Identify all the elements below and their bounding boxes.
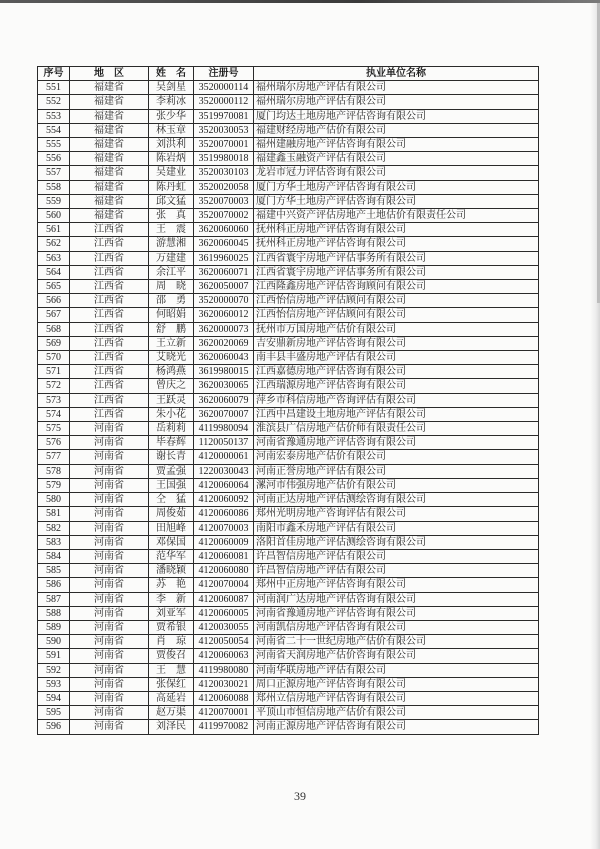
cell-name: 王国强 <box>149 478 194 492</box>
cell-reg-no: 3620060045 <box>194 237 254 251</box>
table-row: 553福建省张少华3519970081厦门均达土地房地产评估咨询有限公司 <box>38 109 539 123</box>
cell-reg-no: 4119970082 <box>194 720 254 734</box>
cell-no: 586 <box>38 578 70 592</box>
cell-reg-no: 3620060079 <box>194 393 254 407</box>
cell-region: 河南省 <box>70 464 149 478</box>
cell-region: 河南省 <box>70 620 149 634</box>
cell-name: 游慧湘 <box>149 237 194 251</box>
cell-no: 557 <box>38 166 70 180</box>
header-name: 姓 名 <box>149 67 194 81</box>
cell-org: 抚州市万国房地产估价有限公司 <box>254 322 539 336</box>
cell-region: 福建省 <box>70 95 149 109</box>
cell-org: 江西省寰宇房地产评估事务所有限公司 <box>254 265 539 279</box>
cell-region: 江西省 <box>70 393 149 407</box>
cell-region: 河南省 <box>70 564 149 578</box>
cell-no: 553 <box>38 109 70 123</box>
cell-no: 574 <box>38 407 70 421</box>
table-row: 589河南省贾希银4120030055河南凯信房地产评估咨询有限公司 <box>38 620 539 634</box>
table-row: 586河南省苏 艳4120070004郑州中正房地产评估咨询有限公司 <box>38 578 539 592</box>
table-row: 581河南省周俊茹4120060086郑州光明房地产咨询评估有限公司 <box>38 507 539 521</box>
cell-reg-no: 4120070001 <box>194 706 254 720</box>
cell-org: 河南省二十一世纪房地产估价有限公司 <box>254 635 539 649</box>
cell-name: 刘亚军 <box>149 606 194 620</box>
table-row: 590河南省肖 琼4120050054河南省二十一世纪房地产估价有限公司 <box>38 635 539 649</box>
cell-region: 河南省 <box>70 635 149 649</box>
table-row: 575河南省岳莉莉4119980094淮滨县广信房地产估价师有限责任公司 <box>38 422 539 436</box>
cell-reg-no: 4120060080 <box>194 564 254 578</box>
cell-reg-no: 3620060060 <box>194 223 254 237</box>
table-row: 569江西省王立新3620020069吉安鼎新房地产评估咨询有限公司 <box>38 336 539 350</box>
cell-org: 河南宏泰房地产估价有限公司 <box>254 450 539 464</box>
cell-org: 郑州中正房地产评估咨询有限公司 <box>254 578 539 592</box>
cell-reg-no: 4120060064 <box>194 478 254 492</box>
cell-region: 河南省 <box>70 663 149 677</box>
cell-org: 福建中兴资产评估房地产土地估价有限责任公司 <box>254 209 539 223</box>
table-row: 572江西省曾庆之3620030065江西瑞源房地产评估咨询有限公司 <box>38 379 539 393</box>
cell-region: 福建省 <box>70 109 149 123</box>
cell-reg-no: 4120060092 <box>194 493 254 507</box>
cell-no: 578 <box>38 464 70 478</box>
table-row: 570江西省艾晓光3620060043南丰县丰盛房地产评估有限公司 <box>38 351 539 365</box>
cell-reg-no: 1220030043 <box>194 464 254 478</box>
cell-region: 江西省 <box>70 251 149 265</box>
cell-no: 583 <box>38 535 70 549</box>
cell-reg-no: 3619980015 <box>194 365 254 379</box>
cell-org: 萍乡市科信房地产咨询评估有限公司 <box>254 393 539 407</box>
cell-name: 范华军 <box>149 549 194 563</box>
cell-name: 何昭娟 <box>149 308 194 322</box>
cell-region: 江西省 <box>70 308 149 322</box>
cell-no: 584 <box>38 549 70 563</box>
cell-reg-no: 4120030055 <box>194 620 254 634</box>
cell-org: 江西中昌建设土地房地产评估有限公司 <box>254 407 539 421</box>
cell-name: 邵 勇 <box>149 294 194 308</box>
table-row: 556福建省陈岩炳3519980018福建鑫玉融资产评估有限公司 <box>38 152 539 166</box>
cell-no: 569 <box>38 336 70 350</box>
cell-reg-no: 3620030065 <box>194 379 254 393</box>
cell-name: 万建建 <box>149 251 194 265</box>
cell-no: 563 <box>38 251 70 265</box>
cell-no: 560 <box>38 209 70 223</box>
cell-name: 陈岩炳 <box>149 152 194 166</box>
registry-table: 序号 地 区 姓 名 注册号 执业单位名称 551福建省吴剑星352000011… <box>37 66 539 735</box>
cell-reg-no: 4120070003 <box>194 521 254 535</box>
cell-org: 江西瑞源房地产评估咨询有限公司 <box>254 379 539 393</box>
cell-name: 张少华 <box>149 109 194 123</box>
cell-no: 592 <box>38 663 70 677</box>
cell-name: 邱文猛 <box>149 194 194 208</box>
cell-reg-no: 3620020069 <box>194 336 254 350</box>
table-body: 551福建省吴剑星3520000114福州瑞尔房地产评估有限公司552福建省李莉… <box>38 81 539 734</box>
cell-reg-no: 4120060063 <box>194 649 254 663</box>
cell-org: 河南凯信房地产评估咨询有限公司 <box>254 620 539 634</box>
cell-no: 564 <box>38 265 70 279</box>
cell-reg-no: 3620060043 <box>194 351 254 365</box>
cell-region: 江西省 <box>70 294 149 308</box>
table-row: 593河南省张保红4120030021周口正源房地产评估咨询有限公司 <box>38 677 539 691</box>
cell-no: 559 <box>38 194 70 208</box>
cell-org: 龙岩市冠力评估咨询有限公司 <box>254 166 539 180</box>
cell-name: 潘晓颖 <box>149 564 194 578</box>
cell-org: 周口正源房地产评估咨询有限公司 <box>254 677 539 691</box>
cell-no: 596 <box>38 720 70 734</box>
cell-name: 毕春辉 <box>149 436 194 450</box>
cell-region: 河南省 <box>70 606 149 620</box>
table-row: 580河南省仝 猛4120060092河南正达房地产评估测绘咨询有限公司 <box>38 493 539 507</box>
table-row: 582河南省田旭峰4120070003南阳市鑫禾房地产评估有限公司 <box>38 521 539 535</box>
cell-region: 江西省 <box>70 336 149 350</box>
table-header-row: 序号 地 区 姓 名 注册号 执业单位名称 <box>38 67 539 81</box>
cell-org: 河南省豫通房地产评估咨询有限公司 <box>254 606 539 620</box>
cell-region: 福建省 <box>70 166 149 180</box>
table-row: 587河南省李 新4120060087河南润广达房地产评估咨询有限公司 <box>38 592 539 606</box>
cell-no: 577 <box>38 450 70 464</box>
table-row: 573江西省王跃灵3620060079萍乡市科信房地产咨询评估有限公司 <box>38 393 539 407</box>
table-row: 583河南省邓保国4120060009洛阳首佳房地产评估测绘咨询有限公司 <box>38 535 539 549</box>
cell-region: 江西省 <box>70 265 149 279</box>
cell-name: 吴剑星 <box>149 81 194 95</box>
cell-name: 岳莉莉 <box>149 422 194 436</box>
header-no: 序号 <box>38 67 70 81</box>
table-row: 574江西省朱小花3620070007江西中昌建设土地房地产评估有限公司 <box>38 407 539 421</box>
table-row: 591河南省贾俊召4120060063河南省天润房地产估价咨询有限公司 <box>38 649 539 663</box>
cell-region: 江西省 <box>70 351 149 365</box>
table-row: 557福建省吴建业3520030103龙岩市冠力评估咨询有限公司 <box>38 166 539 180</box>
cell-org: 厦门方华土地房产评估咨询有限公司 <box>254 180 539 194</box>
cell-org: 许昌智信房地产评估有限公司 <box>254 564 539 578</box>
cell-region: 河南省 <box>70 507 149 521</box>
cell-reg-no: 3520000112 <box>194 95 254 109</box>
table-row: 558福建省陈丹虹3520020058厦门方华土地房产评估咨询有限公司 <box>38 180 539 194</box>
cell-name: 李 新 <box>149 592 194 606</box>
cell-reg-no: 3620060071 <box>194 265 254 279</box>
cell-no: 575 <box>38 422 70 436</box>
cell-reg-no: 1120050137 <box>194 436 254 450</box>
cell-name: 曾庆之 <box>149 379 194 393</box>
cell-no: 555 <box>38 138 70 152</box>
cell-name: 王 慧 <box>149 663 194 677</box>
cell-no: 595 <box>38 706 70 720</box>
cell-reg-no: 4120060009 <box>194 535 254 549</box>
cell-org: 厦门方华土地房产评估咨询有限公司 <box>254 194 539 208</box>
cell-region: 河南省 <box>70 649 149 663</box>
cell-name: 肖 琼 <box>149 635 194 649</box>
cell-region: 河南省 <box>70 422 149 436</box>
cell-reg-no: 4120060005 <box>194 606 254 620</box>
cell-region: 河南省 <box>70 578 149 592</box>
cell-region: 江西省 <box>70 379 149 393</box>
cell-name: 艾晓光 <box>149 351 194 365</box>
cell-name: 贾希银 <box>149 620 194 634</box>
table-row: 592河南省王 慧4119980080河南华联房地产评估有限公司 <box>38 663 539 677</box>
cell-reg-no: 4120060087 <box>194 592 254 606</box>
cell-name: 周 晓 <box>149 280 194 294</box>
cell-name: 赵万渠 <box>149 706 194 720</box>
cell-no: 551 <box>38 81 70 95</box>
cell-region: 福建省 <box>70 194 149 208</box>
cell-name: 朱小花 <box>149 407 194 421</box>
cell-org: 抚州科正房地产评估咨询有限公司 <box>254 237 539 251</box>
cell-reg-no: 3519980018 <box>194 152 254 166</box>
table-row: 579河南省王国强4120060064漯河市伟强房地产估价有限公司 <box>38 478 539 492</box>
cell-region: 河南省 <box>70 521 149 535</box>
cell-name: 刘洪利 <box>149 138 194 152</box>
cell-name: 张保红 <box>149 677 194 691</box>
cell-org: 吉安鼎新房地产评估咨询有限公司 <box>254 336 539 350</box>
cell-no: 580 <box>38 493 70 507</box>
cell-name: 张 真 <box>149 209 194 223</box>
cell-region: 河南省 <box>70 592 149 606</box>
cell-org: 福州建融房地产评估咨询有限公司 <box>254 138 539 152</box>
table-row: 571江西省杨鸿燕3619980015江西嘉德房地产评估咨询有限公司 <box>38 365 539 379</box>
cell-no: 552 <box>38 95 70 109</box>
cell-reg-no: 4119980094 <box>194 422 254 436</box>
cell-no: 567 <box>38 308 70 322</box>
table-row: 562江西省游慧湘3620060045抚州科正房地产评估咨询有限公司 <box>38 237 539 251</box>
cell-no: 591 <box>38 649 70 663</box>
cell-reg-no: 4120060086 <box>194 507 254 521</box>
cell-no: 554 <box>38 123 70 137</box>
cell-region: 江西省 <box>70 223 149 237</box>
cell-reg-no: 3620070007 <box>194 407 254 421</box>
cell-name: 谢长青 <box>149 450 194 464</box>
table-row: 561江西省王 震3620060060抚州科正房地产评估咨询有限公司 <box>38 223 539 237</box>
cell-name: 吴建业 <box>149 166 194 180</box>
cell-no: 588 <box>38 606 70 620</box>
table-row: 595河南省赵万渠4120070001平顶山市恒信房地产估价有限公司 <box>38 706 539 720</box>
cell-region: 福建省 <box>70 81 149 95</box>
cell-no: 573 <box>38 393 70 407</box>
cell-no: 587 <box>38 592 70 606</box>
cell-no: 589 <box>38 620 70 634</box>
table-row: 563江西省万建建3619960025江西省寰宇房地产评估事务所有限公司 <box>38 251 539 265</box>
cell-name: 杨鸿燕 <box>149 365 194 379</box>
cell-region: 河南省 <box>70 549 149 563</box>
cell-reg-no: 3620060012 <box>194 308 254 322</box>
table-row: 555福建省刘洪利3520070001福州建融房地产评估咨询有限公司 <box>38 138 539 152</box>
cell-name: 高延岩 <box>149 691 194 705</box>
header-region: 地 区 <box>70 67 149 81</box>
cell-region: 江西省 <box>70 237 149 251</box>
table-row: 565江西省周 晓3620050007江西隆鑫房地产评估咨询顾问有限公司 <box>38 280 539 294</box>
cell-reg-no: 3620050007 <box>194 280 254 294</box>
cell-org: 江西嘉德房地产评估咨询有限公司 <box>254 365 539 379</box>
cell-region: 福建省 <box>70 138 149 152</box>
cell-region: 河南省 <box>70 436 149 450</box>
table-row: 578河南省贾孟强1220030043河南正誉房地产评估有限公司 <box>38 464 539 478</box>
table-row: 576河南省毕春辉1120050137河南省豫通房地产评估咨询有限公司 <box>38 436 539 450</box>
table-row: 588河南省刘亚军4120060005河南省豫通房地产评估咨询有限公司 <box>38 606 539 620</box>
cell-org: 洛阳首佳房地产评估测绘咨询有限公司 <box>254 535 539 549</box>
table-row: 564江西省余江平3620060071江西省寰宇房地产评估事务所有限公司 <box>38 265 539 279</box>
cell-reg-no: 4120060081 <box>194 549 254 563</box>
table-row: 566江西省邵 勇3520000070江西怡信房地产评估顾问有限公司 <box>38 294 539 308</box>
cell-name: 刘泽民 <box>149 720 194 734</box>
header-org: 执业单位名称 <box>254 67 539 81</box>
cell-reg-no: 3620000073 <box>194 322 254 336</box>
cell-name: 王 震 <box>149 223 194 237</box>
cell-org: 河南省豫通房地产评估咨询有限公司 <box>254 436 539 450</box>
cell-org: 河南省天润房地产估价咨询有限公司 <box>254 649 539 663</box>
cell-no: 576 <box>38 436 70 450</box>
cell-org: 江西怡信房地产评估顾问有限公司 <box>254 294 539 308</box>
cell-no: 558 <box>38 180 70 194</box>
table-row: 577河南省谢长青4120000061河南宏泰房地产估价有限公司 <box>38 450 539 464</box>
cell-region: 河南省 <box>70 493 149 507</box>
cell-reg-no: 4120060088 <box>194 691 254 705</box>
cell-region: 河南省 <box>70 691 149 705</box>
cell-reg-no: 3520070003 <box>194 194 254 208</box>
cell-name: 仝 猛 <box>149 493 194 507</box>
cell-no: 594 <box>38 691 70 705</box>
cell-region: 江西省 <box>70 280 149 294</box>
cell-org: 江西怡信房地产评估顾问有限公司 <box>254 308 539 322</box>
cell-org: 郑州立信房地产评估咨询有限公司 <box>254 691 539 705</box>
cell-no: 593 <box>38 677 70 691</box>
cell-reg-no: 3519970081 <box>194 109 254 123</box>
cell-reg-no: 4120030021 <box>194 677 254 691</box>
table-row: 559福建省邱文猛3520070003厦门方华土地房产评估咨询有限公司 <box>38 194 539 208</box>
cell-region: 河南省 <box>70 450 149 464</box>
cell-name: 陈丹虹 <box>149 180 194 194</box>
cell-org: 河南润广达房地产评估咨询有限公司 <box>254 592 539 606</box>
table-row: 552福建省李莉冰3520000112福州瑞尔房地产评估有限公司 <box>38 95 539 109</box>
cell-region: 福建省 <box>70 180 149 194</box>
cell-name: 林玉章 <box>149 123 194 137</box>
cell-name: 王立新 <box>149 336 194 350</box>
cell-org: 郑州光明房地产咨询评估有限公司 <box>254 507 539 521</box>
cell-name: 邓保国 <box>149 535 194 549</box>
table-row: 594河南省高延岩4120060088郑州立信房地产评估咨询有限公司 <box>38 691 539 705</box>
cell-reg-no: 3520000070 <box>194 294 254 308</box>
cell-org: 福州瑞尔房地产评估有限公司 <box>254 81 539 95</box>
cell-region: 福建省 <box>70 152 149 166</box>
cell-no: 590 <box>38 635 70 649</box>
table-row: 551福建省吴剑星3520000114福州瑞尔房地产评估有限公司 <box>38 81 539 95</box>
cell-reg-no: 4120050054 <box>194 635 254 649</box>
cell-name: 舒 鹏 <box>149 322 194 336</box>
cell-region: 江西省 <box>70 407 149 421</box>
cell-no: 561 <box>38 223 70 237</box>
cell-name: 苏 艳 <box>149 578 194 592</box>
cell-region: 河南省 <box>70 677 149 691</box>
cell-reg-no: 4119980080 <box>194 663 254 677</box>
cell-org: 河南正源房地产评估咨询有限公司 <box>254 720 539 734</box>
cell-no: 568 <box>38 322 70 336</box>
cell-org: 江西隆鑫房地产评估咨询顾问有限公司 <box>254 280 539 294</box>
table-row: 568江西省舒 鹏3620000073抚州市万国房地产估价有限公司 <box>38 322 539 336</box>
cell-reg-no: 3619960025 <box>194 251 254 265</box>
cell-org: 江西省寰宇房地产评估事务所有限公司 <box>254 251 539 265</box>
cell-no: 565 <box>38 280 70 294</box>
cell-org: 河南正誉房地产评估有限公司 <box>254 464 539 478</box>
cell-org: 平顶山市恒信房地产估价有限公司 <box>254 706 539 720</box>
cell-region: 河南省 <box>70 720 149 734</box>
cell-org: 河南正达房地产评估测绘咨询有限公司 <box>254 493 539 507</box>
cell-no: 572 <box>38 379 70 393</box>
cell-reg-no: 3520000114 <box>194 81 254 95</box>
table-row: 585河南省潘晓颖4120060080许昌智信房地产评估有限公司 <box>38 564 539 578</box>
cell-no: 581 <box>38 507 70 521</box>
scan-top-edge <box>0 0 600 3</box>
cell-no: 571 <box>38 365 70 379</box>
cell-name: 周俊茹 <box>149 507 194 521</box>
cell-name: 贾俊召 <box>149 649 194 663</box>
cell-no: 582 <box>38 521 70 535</box>
cell-name: 王跃灵 <box>149 393 194 407</box>
cell-org: 抚州科正房地产评估咨询有限公司 <box>254 223 539 237</box>
cell-no: 562 <box>38 237 70 251</box>
cell-no: 570 <box>38 351 70 365</box>
cell-org: 漯河市伟强房地产估价有限公司 <box>254 478 539 492</box>
table-row: 560福建省张 真3520070002福建中兴资产评估房地产土地估价有限责任公司 <box>38 209 539 223</box>
cell-name: 贾孟强 <box>149 464 194 478</box>
cell-org: 南丰县丰盛房地产评估有限公司 <box>254 351 539 365</box>
table-row: 596河南省刘泽民4119970082河南正源房地产评估咨询有限公司 <box>38 720 539 734</box>
cell-reg-no: 3520070001 <box>194 138 254 152</box>
cell-reg-no: 3520020058 <box>194 180 254 194</box>
cell-no: 556 <box>38 152 70 166</box>
cell-region: 江西省 <box>70 322 149 336</box>
cell-org: 河南华联房地产评估有限公司 <box>254 663 539 677</box>
cell-no: 585 <box>38 564 70 578</box>
cell-name: 李莉冰 <box>149 95 194 109</box>
cell-reg-no: 4120070004 <box>194 578 254 592</box>
cell-no: 566 <box>38 294 70 308</box>
cell-reg-no: 3520070002 <box>194 209 254 223</box>
cell-no: 579 <box>38 478 70 492</box>
cell-name: 余江平 <box>149 265 194 279</box>
cell-region: 江西省 <box>70 365 149 379</box>
page-number: 39 <box>0 789 600 804</box>
cell-org: 南阳市鑫禾房地产评估有限公司 <box>254 521 539 535</box>
cell-reg-no: 3520030103 <box>194 166 254 180</box>
cell-region: 福建省 <box>70 209 149 223</box>
cell-org: 福建财经房地产估价有限公司 <box>254 123 539 137</box>
cell-reg-no: 4120000061 <box>194 450 254 464</box>
cell-org: 厦门均达土地房地产评估咨询有限公司 <box>254 109 539 123</box>
table-row: 567江西省何昭娟3620060012江西怡信房地产评估顾问有限公司 <box>38 308 539 322</box>
cell-org: 淮滨县广信房地产估价师有限责任公司 <box>254 422 539 436</box>
table-row: 554福建省林玉章3520030053福建财经房地产估价有限公司 <box>38 123 539 137</box>
cell-org: 福州瑞尔房地产评估有限公司 <box>254 95 539 109</box>
table-row: 584河南省范华军4120060081许昌智信房地产评估有限公司 <box>38 549 539 563</box>
cell-reg-no: 3520030053 <box>194 123 254 137</box>
cell-org: 福建鑫玉融资产评估有限公司 <box>254 152 539 166</box>
cell-name: 田旭峰 <box>149 521 194 535</box>
cell-region: 河南省 <box>70 706 149 720</box>
cell-region: 河南省 <box>70 535 149 549</box>
cell-region: 河南省 <box>70 478 149 492</box>
header-reg-no: 注册号 <box>194 67 254 81</box>
cell-org: 许昌智信房地产评估有限公司 <box>254 549 539 563</box>
cell-region: 福建省 <box>70 123 149 137</box>
